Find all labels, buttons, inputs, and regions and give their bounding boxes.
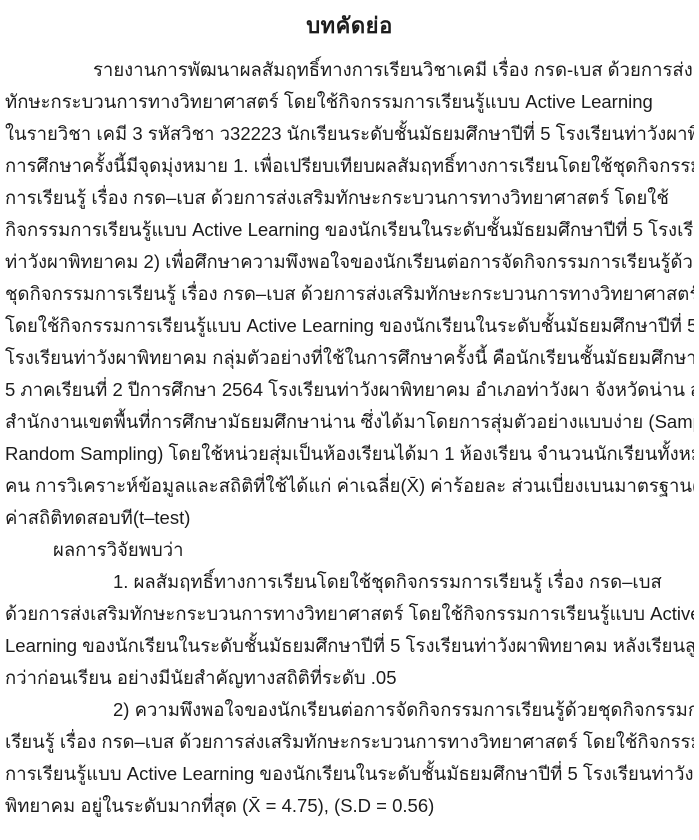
text-line: โรงเรียนท่าวังผาพิทยาคม กลุ่มตัวอย่างที่… — [5, 342, 694, 374]
text-line: คน การวิเคราะห์ข้อมูลและสถิติที่ใช้ได้แก… — [5, 470, 694, 502]
text-line: ทักษะกระบวนการทางวิทยาศาสตร์ โดยใช้กิจกร… — [5, 86, 694, 118]
text-line: กิจกรรมการเรียนรู้แบบ Active Learning ขอ… — [5, 214, 694, 246]
text-line-finding-1: 1. ผลสัมฤทธิ์ทางการเรียนโดยใช้ชุดกิจกรรม… — [5, 566, 694, 598]
text-line: ชุดกิจกรรมการเรียนรู้ เรื่อง กรด–เบส ด้ว… — [5, 278, 694, 310]
abstract-title: บทคัดย่อ — [5, 10, 694, 41]
text-line: Random Sampling) โดยใช้หน่วยสุ่มเป็นห้อง… — [5, 438, 694, 470]
text-line: โดยใช้กิจกรรมการเรียนรู้แบบ Active Learn… — [5, 310, 694, 342]
text-line: การเรียนรู้ เรื่อง กรด–เบส ด้วยการส่งเสร… — [5, 182, 694, 214]
text-line: รายงานการพัฒนาผลสัมฤทธิ์ทางการเรียนวิชาเ… — [5, 54, 694, 86]
text-line: การศึกษาครั้งนี้มีจุดมุ่งหมาย 1. เพื่อเป… — [5, 150, 694, 182]
text-line: พิทยาคม อยู่ในระดับมากที่สุด (X̄ = 4.75)… — [5, 790, 694, 822]
text-line: กว่าก่อนเรียน อย่างมีนัยสำคัญทางสถิติที่… — [5, 662, 694, 694]
text-line: การเรียนรู้แบบ Active Learning ของนักเรี… — [5, 758, 694, 790]
text-line-findings-header: ผลการวิจัยพบว่า — [5, 534, 694, 566]
text-line: ค่าสถิติทดสอบที(t–test) — [5, 502, 694, 534]
text-line: ท่าวังผาพิทยาคม 2) เพื่อศึกษาความพึงพอใจ… — [5, 246, 694, 278]
text-line: ในรายวิชา เคมี 3 รหัสวิชา ว32223 นักเรีย… — [5, 118, 694, 150]
abstract-page: บทคัดย่อ รายงานการพัฒนาผลสัมฤทธิ์ทางการเ… — [0, 0, 699, 840]
text-line-finding-2: 2) ความพึงพอใจของนักเรียนต่อการจัดกิจกรร… — [5, 694, 694, 726]
text-line: เรียนรู้ เรื่อง กรด–เบส ด้วยการส่งเสริมท… — [5, 726, 694, 758]
text-line: สำนักงานเขตพื้นที่การศึกษามัธยมศึกษาน่าน… — [5, 406, 694, 438]
text-line: Learning ของนักเรียนในระดับชั้นมัธยมศึกษ… — [5, 630, 694, 662]
text-line: 5 ภาคเรียนที่ 2 ปีการศึกษา 2564 โรงเรียน… — [5, 374, 694, 406]
text-line: ด้วยการส่งเสริมทักษะกระบวนการทางวิทยาศาส… — [5, 598, 694, 630]
abstract-body: รายงานการพัฒนาผลสัมฤทธิ์ทางการเรียนวิชาเ… — [5, 54, 694, 822]
